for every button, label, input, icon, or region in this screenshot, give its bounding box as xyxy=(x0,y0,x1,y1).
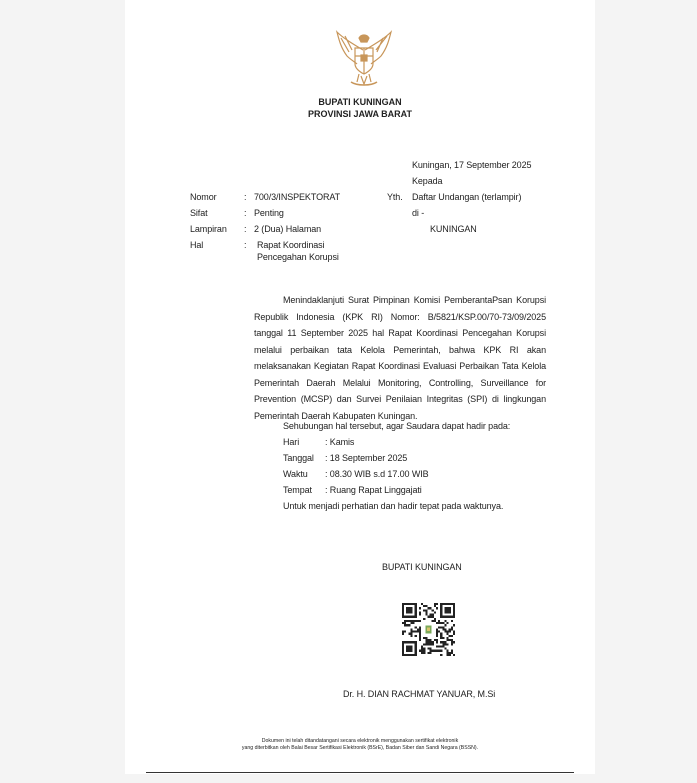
detail-label: Hari xyxy=(283,437,325,448)
detail-label: Waktu xyxy=(283,469,325,480)
field-label-lampiran: Lampiran xyxy=(190,224,227,235)
detail-label: Tanggal xyxy=(283,453,325,464)
recipient-name: Daftar Undangan (terlampir) xyxy=(412,192,521,203)
di-label: di - xyxy=(412,208,424,219)
field-colon: : xyxy=(244,192,246,203)
signature-title: BUPATI KUNINGAN xyxy=(382,562,462,573)
detail-value: : 18 September 2025 xyxy=(325,453,407,463)
detail-label: Tempat xyxy=(283,485,325,496)
field-label-sifat: Sifat xyxy=(190,208,208,219)
page-bottom-rule xyxy=(146,772,574,773)
field-value-hal-line2: Pencegahan Korupsi xyxy=(257,252,339,263)
field-colon: : xyxy=(244,224,246,235)
garuda-emblem-icon xyxy=(333,30,395,88)
closing-sentence: Untuk menjadi perhatian dan hadir tepat … xyxy=(283,501,503,512)
detail-value: : Ruang Rapat Linggajati xyxy=(325,485,422,495)
document-page: BUPATI KUNINGAN PROVINSI JAWA BARAT Kuni… xyxy=(125,0,595,774)
field-colon: : xyxy=(244,240,246,251)
header-title: BUPATI KUNINGAN xyxy=(125,97,595,107)
field-value-nomor: 700/3/INSPEKTORAT xyxy=(254,192,340,203)
signatory-name: Dr. H. DIAN RACHMAT YANUAR, M.Si xyxy=(343,689,495,700)
footer-line-2: yang diterbitkan oleh Balai Besar Sertif… xyxy=(125,745,595,752)
detail-row-tanggal: Tanggal: 18 September 2025 xyxy=(283,453,407,464)
field-value-hal: Rapat Koordinasi xyxy=(257,240,324,251)
detail-row-waktu: Waktu: 08.30 WIB s.d 17.00 WIB xyxy=(283,469,429,480)
detail-value: : Kamis xyxy=(325,437,354,447)
body-paragraph-text: Menindaklanjuti Surat Pimpinan Komisi Pe… xyxy=(254,295,546,421)
recipient-city: KUNINGAN xyxy=(430,224,477,235)
place-date: Kuningan, 17 September 2025 xyxy=(412,160,531,171)
header-subtitle: PROVINSI JAWA BARAT xyxy=(125,109,595,119)
yth-label: Yth. xyxy=(387,192,403,203)
detail-row-hari: Hari: Kamis xyxy=(283,437,354,448)
field-colon: : xyxy=(244,208,246,219)
field-label-hal: Hal xyxy=(190,240,203,251)
kepada-label: Kepada xyxy=(412,176,442,187)
qr-code-signature-icon xyxy=(402,603,455,656)
invitation-intro: Sehubungan hal tersebut, agar Saudara da… xyxy=(283,421,510,432)
field-value-lampiran: 2 (Dua) Halaman xyxy=(254,224,321,235)
footer-line-1: Dokumen ini telah ditandatangani secara … xyxy=(125,738,595,745)
detail-row-tempat: Tempat: Ruang Rapat Linggajati xyxy=(283,485,422,496)
field-label-nomor: Nomor xyxy=(190,192,217,203)
field-value-sifat: Penting xyxy=(254,208,284,219)
detail-value: : 08.30 WIB s.d 17.00 WIB xyxy=(325,469,429,479)
electronic-signature-note: Dokumen ini telah ditandatangani secara … xyxy=(125,738,595,752)
body-paragraph: Menindaklanjuti Surat Pimpinan Komisi Pe… xyxy=(254,292,546,424)
